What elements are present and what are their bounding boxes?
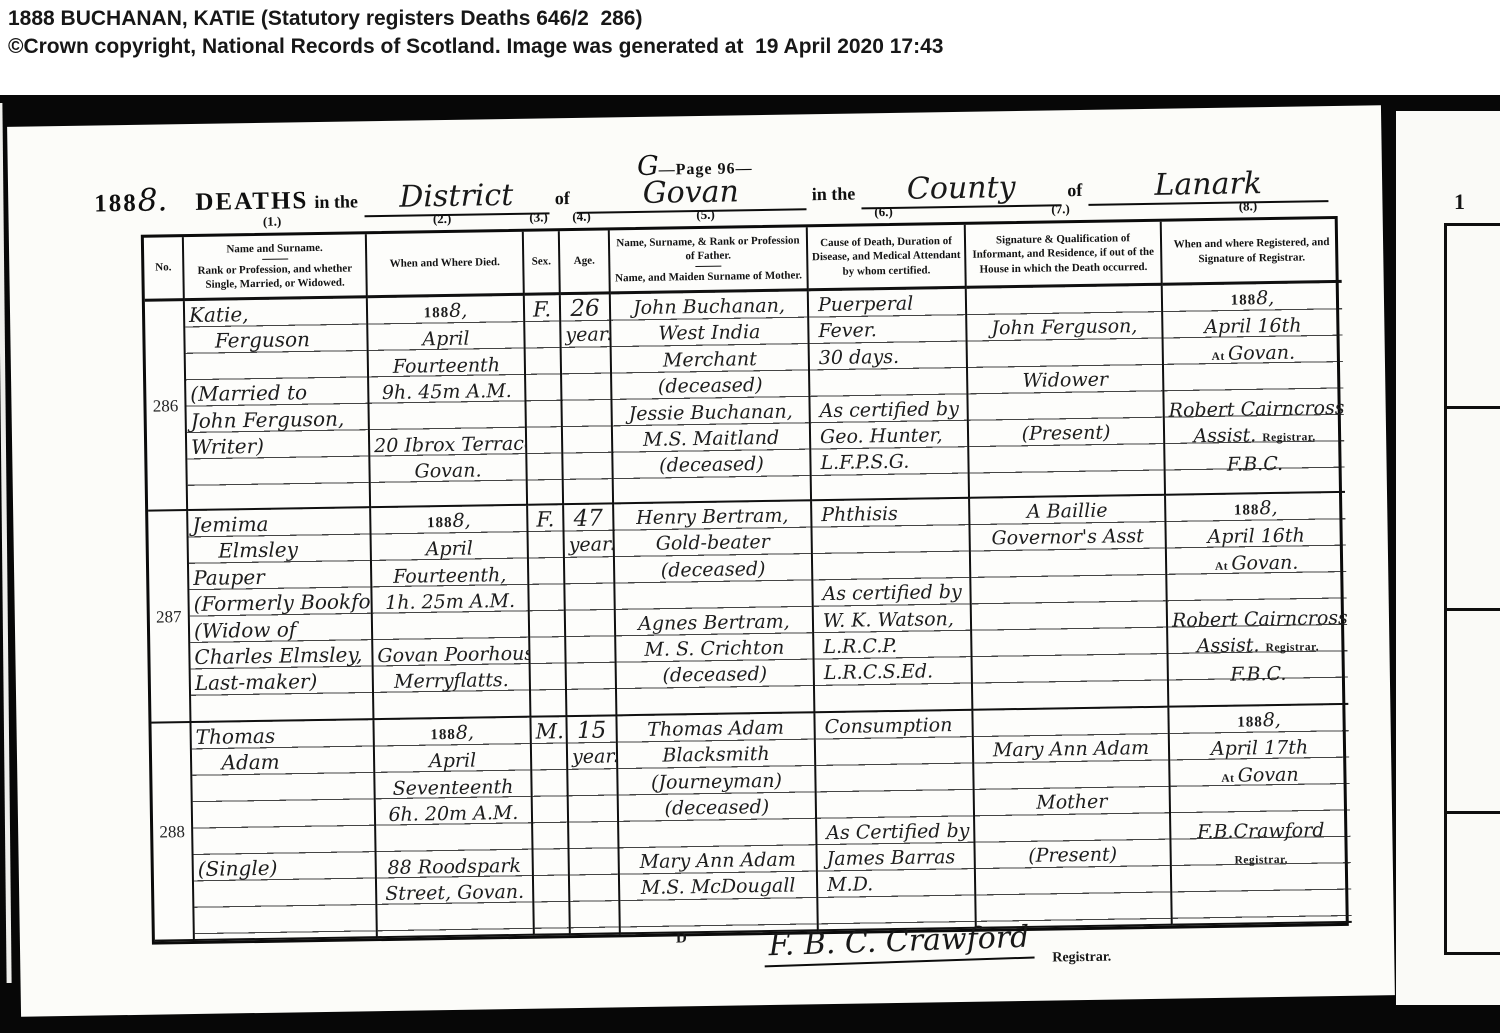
header-parents-bottom: Name, and Maiden Surname of Mother. <box>615 269 802 286</box>
handwritten-line <box>380 826 527 855</box>
entry-288-no-cell: 288 <box>151 723 194 942</box>
handwritten-text: Govan <box>1238 763 1299 786</box>
handwritten-line: F.B.Crawford <box>1175 817 1346 846</box>
handwritten-line: At Govan <box>1174 761 1345 793</box>
handwritten-line: Street, Govan. <box>381 879 528 908</box>
handwritten-line: (Journeyman) <box>622 767 810 796</box>
register-table: No. Name and Surname. Rank or Profession… <box>141 216 1349 945</box>
printed-text: 188 <box>1234 502 1260 518</box>
handwritten-line: April <box>372 325 519 354</box>
column-number-4: (4.) <box>556 208 606 228</box>
handwritten-line: Consumption <box>824 712 967 741</box>
handwritten-line: Mother <box>979 788 1165 817</box>
entry-286-cause-cell: PuerperalFever.30 days. As certified byG… <box>809 289 970 501</box>
handwritten-line: (Formerly Bookfolder) <box>193 588 366 617</box>
handwritten-line: M.S. McDougall <box>624 873 812 902</box>
handwritten-line <box>825 738 968 767</box>
facing-table-line <box>1444 406 1500 409</box>
handwritten-line: Ferguson <box>189 326 362 355</box>
header-sex: Sex. <box>524 231 561 296</box>
handwritten-line <box>972 340 1158 369</box>
entry-287-informant-cell: A BaillieGovernor's Asst <box>970 496 1169 711</box>
header-died: When and Where Died. <box>367 232 525 298</box>
handwritten-text: 8, <box>456 722 474 744</box>
handwritten-line: Phthisis <box>821 500 964 529</box>
handwritten-line: At Govan. <box>1171 549 1342 581</box>
handwritten-line <box>826 791 969 820</box>
handwritten-line: 20 Ibrox Terrace, <box>374 431 521 460</box>
header-divider <box>695 266 721 267</box>
handwritten-line: John Buchanan, <box>615 292 803 321</box>
entry-288-registered-cell: 1888,April 17thAt Govan F.B.CrawfordRegi… <box>1169 705 1351 926</box>
entry-288-name-cell: Thomas Adam (Single) <box>191 720 377 941</box>
handwritten-text: Assist. <box>1193 424 1262 447</box>
facing-page-partial-text: 1 <box>1454 189 1465 215</box>
entry-287-registered-cell: 1888,April 16thAt Govan. Robert Cairncro… <box>1166 493 1348 708</box>
handwritten-line: A Baillie <box>974 497 1160 526</box>
header-cause: Cause of Death, Duration of Disease, and… <box>808 225 967 291</box>
facing-table-line <box>1444 811 1500 814</box>
entry-number: 286 <box>153 396 179 416</box>
entry-286-no-cell: 286 <box>145 301 188 512</box>
handwritten-line <box>825 765 968 794</box>
handwritten-line: Merryflatts. <box>378 667 525 696</box>
entry-287-age-cell: 47years <box>564 504 617 717</box>
handwritten-line <box>623 820 811 849</box>
handwritten-line <box>1175 790 1346 819</box>
handwritten-line <box>979 814 1165 843</box>
printed-text: 188 <box>1237 714 1263 730</box>
handwritten-line: 1888, <box>378 719 525 750</box>
handwritten-line <box>977 709 1163 738</box>
header-age-label: Age. <box>574 254 595 269</box>
handwritten-line: 6h. 20m A.M. <box>380 800 527 829</box>
handwritten-line: 1888, <box>1170 494 1341 525</box>
entry-number: 287 <box>156 607 182 627</box>
register-page: G—Page 96— 1888. DEATHS in the District … <box>7 105 1395 1016</box>
printed-text: 188 <box>427 515 453 531</box>
header-registered: When and where Registered, and Signature… <box>1162 219 1342 286</box>
handwritten-line: (Married to <box>190 379 363 408</box>
entry-286-name-cell: Katie, Ferguson (Married toJohn Ferguson… <box>185 298 371 511</box>
entry-286-sex-cell: F. <box>525 295 564 506</box>
handwritten-line: As Certified by <box>826 817 969 846</box>
handwritten-line: John Ferguson, <box>971 313 1157 342</box>
handwritten-line: April <box>379 747 526 776</box>
registrar-label: Registrar. <box>1052 950 1111 967</box>
entry-287-sex-cell: F. <box>528 505 567 718</box>
handwritten-line: As certified by <box>819 395 962 424</box>
handwritten-line: Geo. Hunter, <box>820 422 963 451</box>
column-number-1: (1.) <box>181 212 364 234</box>
handwritten-line: Assist. Registrar. <box>1169 421 1340 453</box>
entry-287-died-cell: 1888,AprilFourteenth,1h. 25m A.M. Govan … <box>371 506 531 720</box>
handwritten-line: Govan Poorhouse, <box>377 641 524 670</box>
printed-text: Registrar. <box>1266 641 1320 654</box>
printed-text: Registrar. <box>1234 854 1288 867</box>
handwritten-line: Fourteenth, <box>376 562 523 591</box>
header-age: Age. <box>560 230 611 295</box>
facing-table-line <box>1444 223 1500 226</box>
handwritten-line: As certified by <box>822 579 965 608</box>
printed-text: At <box>1221 772 1238 784</box>
header-name-top: Name and Surname. <box>226 240 322 256</box>
handwritten-line: Mary Ann Adam <box>978 735 1164 764</box>
handwritten-line: M. S. Crichton <box>620 634 808 663</box>
handwritten-line: L.R.C.S.Ed. <box>824 658 967 687</box>
facing-page-fragment: 1 <box>1396 111 1500 1005</box>
printed-text: Registrar. <box>1262 431 1316 444</box>
handwritten-text: 8, <box>1256 287 1274 309</box>
handwritten-line: F. <box>529 296 555 323</box>
handwritten-line: Fever. <box>818 316 961 345</box>
handwritten-line <box>377 614 524 643</box>
handwritten-line: Jessie Buchanan, <box>616 398 804 427</box>
entry-288-cause-cell: Consumption As Certified byJames BarrasM… <box>815 711 976 931</box>
handwritten-line <box>190 352 363 381</box>
handwritten-line: 88 Roodspark <box>381 853 528 882</box>
handwritten-line: (deceased) <box>617 451 805 480</box>
header-parents-top: Name, Surname, & Rank or Profession of F… <box>613 233 803 265</box>
header-informant-label: Signature & Qualification of Informant, … <box>969 231 1158 277</box>
handwritten-line: April 16th <box>1167 312 1338 341</box>
handwritten-line <box>972 392 1158 421</box>
entry-288-died-cell: 1888,AprilSeventeenth6h. 20m A.M. 88 Roo… <box>374 718 534 938</box>
handwritten-line: Registrar. <box>1176 843 1347 875</box>
register-table-wrap: (1.)(2.)(3.)(4.)(5.)(6.)(7.)(8.) No. Nam… <box>140 190 1348 945</box>
handwritten-line: F. <box>532 506 558 533</box>
header-name-bottom: Rank or Profession, and whether Single, … <box>187 261 362 292</box>
handwritten-line: Fourteenth <box>373 352 520 381</box>
entry-number: 288 <box>159 822 185 842</box>
handwritten-line: Last-maker) <box>195 668 368 697</box>
printed-text: 188 <box>1231 292 1257 308</box>
handwritten-line: James Barras <box>826 844 969 873</box>
handwritten-text: Govan. <box>1231 551 1298 574</box>
handwritten-line: 30 days. <box>819 343 962 372</box>
handwritten-line: Mary Ann Adam <box>624 846 812 875</box>
handwritten-line: 1888, <box>375 507 522 538</box>
handwritten-line: 1888, <box>1167 284 1338 315</box>
facing-table-border <box>1444 223 1447 955</box>
handwritten-line: W. K. Watson, <box>823 605 966 634</box>
handwritten-line: 9h. 45m A.M. <box>373 378 520 407</box>
handwritten-line: F.B.C. <box>1173 660 1344 689</box>
entry-286-registered-cell: 1888,April 16thAt Govan. Robert Cairncro… <box>1163 283 1345 496</box>
printed-text: At <box>1212 351 1229 363</box>
handwritten-line <box>978 762 1164 791</box>
header-registered-label: When and where Registered, and Signature… <box>1165 235 1338 266</box>
record-title: 1888 BUCHANAN, KATIE (Statutory register… <box>8 5 642 32</box>
handwritten-line: 1h. 25m A.M. <box>376 588 523 617</box>
handwritten-line <box>197 827 370 856</box>
column-number-5: (5.) <box>606 205 804 227</box>
handwritten-line <box>196 774 369 803</box>
handwritten-line: Agnes Bertram, <box>620 608 808 637</box>
handwritten-line: (deceased) <box>616 372 804 401</box>
handwritten-line: 15 <box>571 717 611 744</box>
column-number-2: (2.) <box>363 210 520 231</box>
handwritten-line: Charles Elmsley, <box>194 641 367 670</box>
handwritten-line: years <box>569 532 609 559</box>
entry-287-parents-cell: Henry Bertram,Gold-beater(deceased) Agne… <box>614 501 815 716</box>
colnum-spacer <box>140 208 180 235</box>
handwritten-line: At Govan. <box>1168 339 1339 371</box>
handwritten-text: 8, <box>452 510 470 532</box>
column-number-3: (3.) <box>520 209 556 229</box>
facing-table-line <box>1444 952 1500 955</box>
column-number-7: (7.) <box>962 200 1158 222</box>
handwritten-line <box>1171 578 1342 607</box>
handwritten-line: Govan. <box>374 457 521 486</box>
handwritten-line: Pauper <box>193 562 366 591</box>
handwritten-line: Puerperal <box>818 290 961 319</box>
handwritten-line: L.F.P.S.G. <box>820 448 963 477</box>
header-name: Name and Surname. Rank or Profession, an… <box>184 234 368 301</box>
handwritten-line <box>197 800 370 829</box>
printed-text: 188 <box>430 727 456 743</box>
handwritten-line: (Present) <box>973 419 1159 448</box>
handwritten-line: Elmsley <box>193 536 366 565</box>
copyright-line: ©Crown copyright, National Records of Sc… <box>8 33 943 60</box>
handwritten-line: Blacksmith <box>622 741 810 770</box>
handwritten-line: April <box>376 535 523 564</box>
handwritten-line: John Ferguson, <box>191 405 364 434</box>
entry-286-died-cell: 1888,AprilFourteenth9h. 45m A.M. 20 Ibro… <box>368 296 528 508</box>
handwritten-line: 1888, <box>1173 706 1344 737</box>
column-number-8: (8.) <box>1158 197 1337 219</box>
handwritten-line: (Widow of <box>194 615 367 644</box>
handwritten-line <box>1168 368 1339 397</box>
handwritten-line: 47 <box>568 505 608 532</box>
handwritten-line: April 17th <box>1174 734 1345 763</box>
handwritten-text: Assist. <box>1197 634 1266 657</box>
handwritten-line: Governor's Asst <box>974 523 1160 552</box>
handwritten-line: Henry Bertram, <box>618 502 806 531</box>
handwritten-line <box>819 369 962 398</box>
handwritten-line: M.S. Maitland <box>617 424 805 453</box>
entry-288-sex-cell: M. <box>531 717 570 936</box>
handwritten-line <box>822 553 965 582</box>
entry-288-age-cell: 15years <box>567 716 620 935</box>
handwritten-line: (Present) <box>979 841 1165 870</box>
facing-table-line <box>1444 608 1500 611</box>
entry-286-informant-cell: John Ferguson, Widower (Present) <box>967 286 1166 499</box>
year-printed: 188 <box>94 190 138 219</box>
handwritten-line: 26 <box>565 295 605 322</box>
viewer-header: 1888 BUCHANAN, KATIE (Statutory register… <box>0 0 1500 95</box>
handwritten-line: Gold-beater <box>619 529 807 558</box>
handwritten-line: L.R.C.P. <box>823 632 966 661</box>
handwritten-line: West India <box>615 319 803 348</box>
entry-286-parents-cell: John Buchanan,West IndiaMerchant(decease… <box>611 291 812 504</box>
printed-text: 188 <box>424 305 450 321</box>
register-scan: G—Page 96— 1888. DEATHS in the District … <box>0 95 1500 1033</box>
header-divider <box>262 258 288 259</box>
handwritten-line: Assist. Registrar. <box>1172 631 1343 663</box>
handwritten-line <box>619 582 807 611</box>
handwritten-text: 8, <box>449 300 467 322</box>
handwritten-line: Thomas <box>195 721 368 750</box>
handwritten-line: M.D. <box>827 870 970 899</box>
handwritten-line: (deceased) <box>619 555 807 584</box>
handwritten-line: Merchant <box>616 345 804 374</box>
handwritten-line: Writer) <box>191 431 364 460</box>
handwritten-line: Jemima <box>192 509 365 538</box>
column-number-6: (6.) <box>804 203 962 224</box>
entry-287-cause-cell: Phthisis As certified byW. K. Watson,L.R… <box>812 499 973 713</box>
handwritten-line: April 16th <box>1170 522 1341 551</box>
header-no: No. <box>144 237 185 302</box>
handwritten-line: Widower <box>972 366 1158 395</box>
header-cause-label: Cause of Death, Duration of Disease, and… <box>811 234 962 279</box>
handwritten-line: (deceased) <box>623 794 811 823</box>
header-no-label: No. <box>155 261 171 276</box>
handwritten-text: Govan. <box>1228 341 1295 364</box>
header-sex-label: Sex. <box>532 255 551 270</box>
handwritten-line: Adam <box>196 748 369 777</box>
handwritten-line: Seventeenth <box>379 774 526 803</box>
handwritten-text: 8, <box>1263 709 1281 731</box>
handwritten-line <box>822 526 965 555</box>
header-informant: Signature & Qualification of Informant, … <box>966 222 1163 289</box>
handwritten-line: Robert Cairncross, <box>1172 605 1343 634</box>
header-parents: Name, Surname, & Rank or Profession of F… <box>610 227 809 294</box>
entry-287-no-cell: 287 <box>148 511 191 724</box>
handwritten-line <box>971 287 1157 316</box>
entry-288-parents-cell: Thomas AdamBlacksmith(Journeyman)(deceas… <box>617 713 818 934</box>
entry-288-informant-cell: Mary Ann Adam Mother (Present) <box>973 708 1172 929</box>
handwritten-line: Thomas Adam <box>621 714 809 743</box>
entry-287-name-cell: Jemima ElmsleyPauper(Formerly Bookfolder… <box>188 508 374 723</box>
handwritten-line: years <box>572 744 612 771</box>
handwritten-line <box>374 404 521 433</box>
handwritten-line: (deceased) <box>621 661 809 690</box>
handwritten-text: 8, <box>1259 497 1277 519</box>
handwritten-line: M. <box>535 718 561 745</box>
handwritten-line: Robert Cairncross, <box>1168 395 1339 424</box>
printed-text: At <box>1215 560 1232 572</box>
handwritten-line: years <box>565 322 605 349</box>
handwritten-line: F.B.C. <box>1169 450 1340 479</box>
registrar-signature: F. B. C. Crawford <box>763 920 1034 967</box>
header-died-label: When and Where Died. <box>390 255 500 271</box>
handwritten-line: Katie, <box>189 299 362 328</box>
handwritten-line: (Single) <box>198 853 371 882</box>
printer-mark: D <box>676 930 687 947</box>
handwritten-line: 1888, <box>372 297 519 328</box>
entry-286-age-cell: 26years <box>561 294 614 505</box>
